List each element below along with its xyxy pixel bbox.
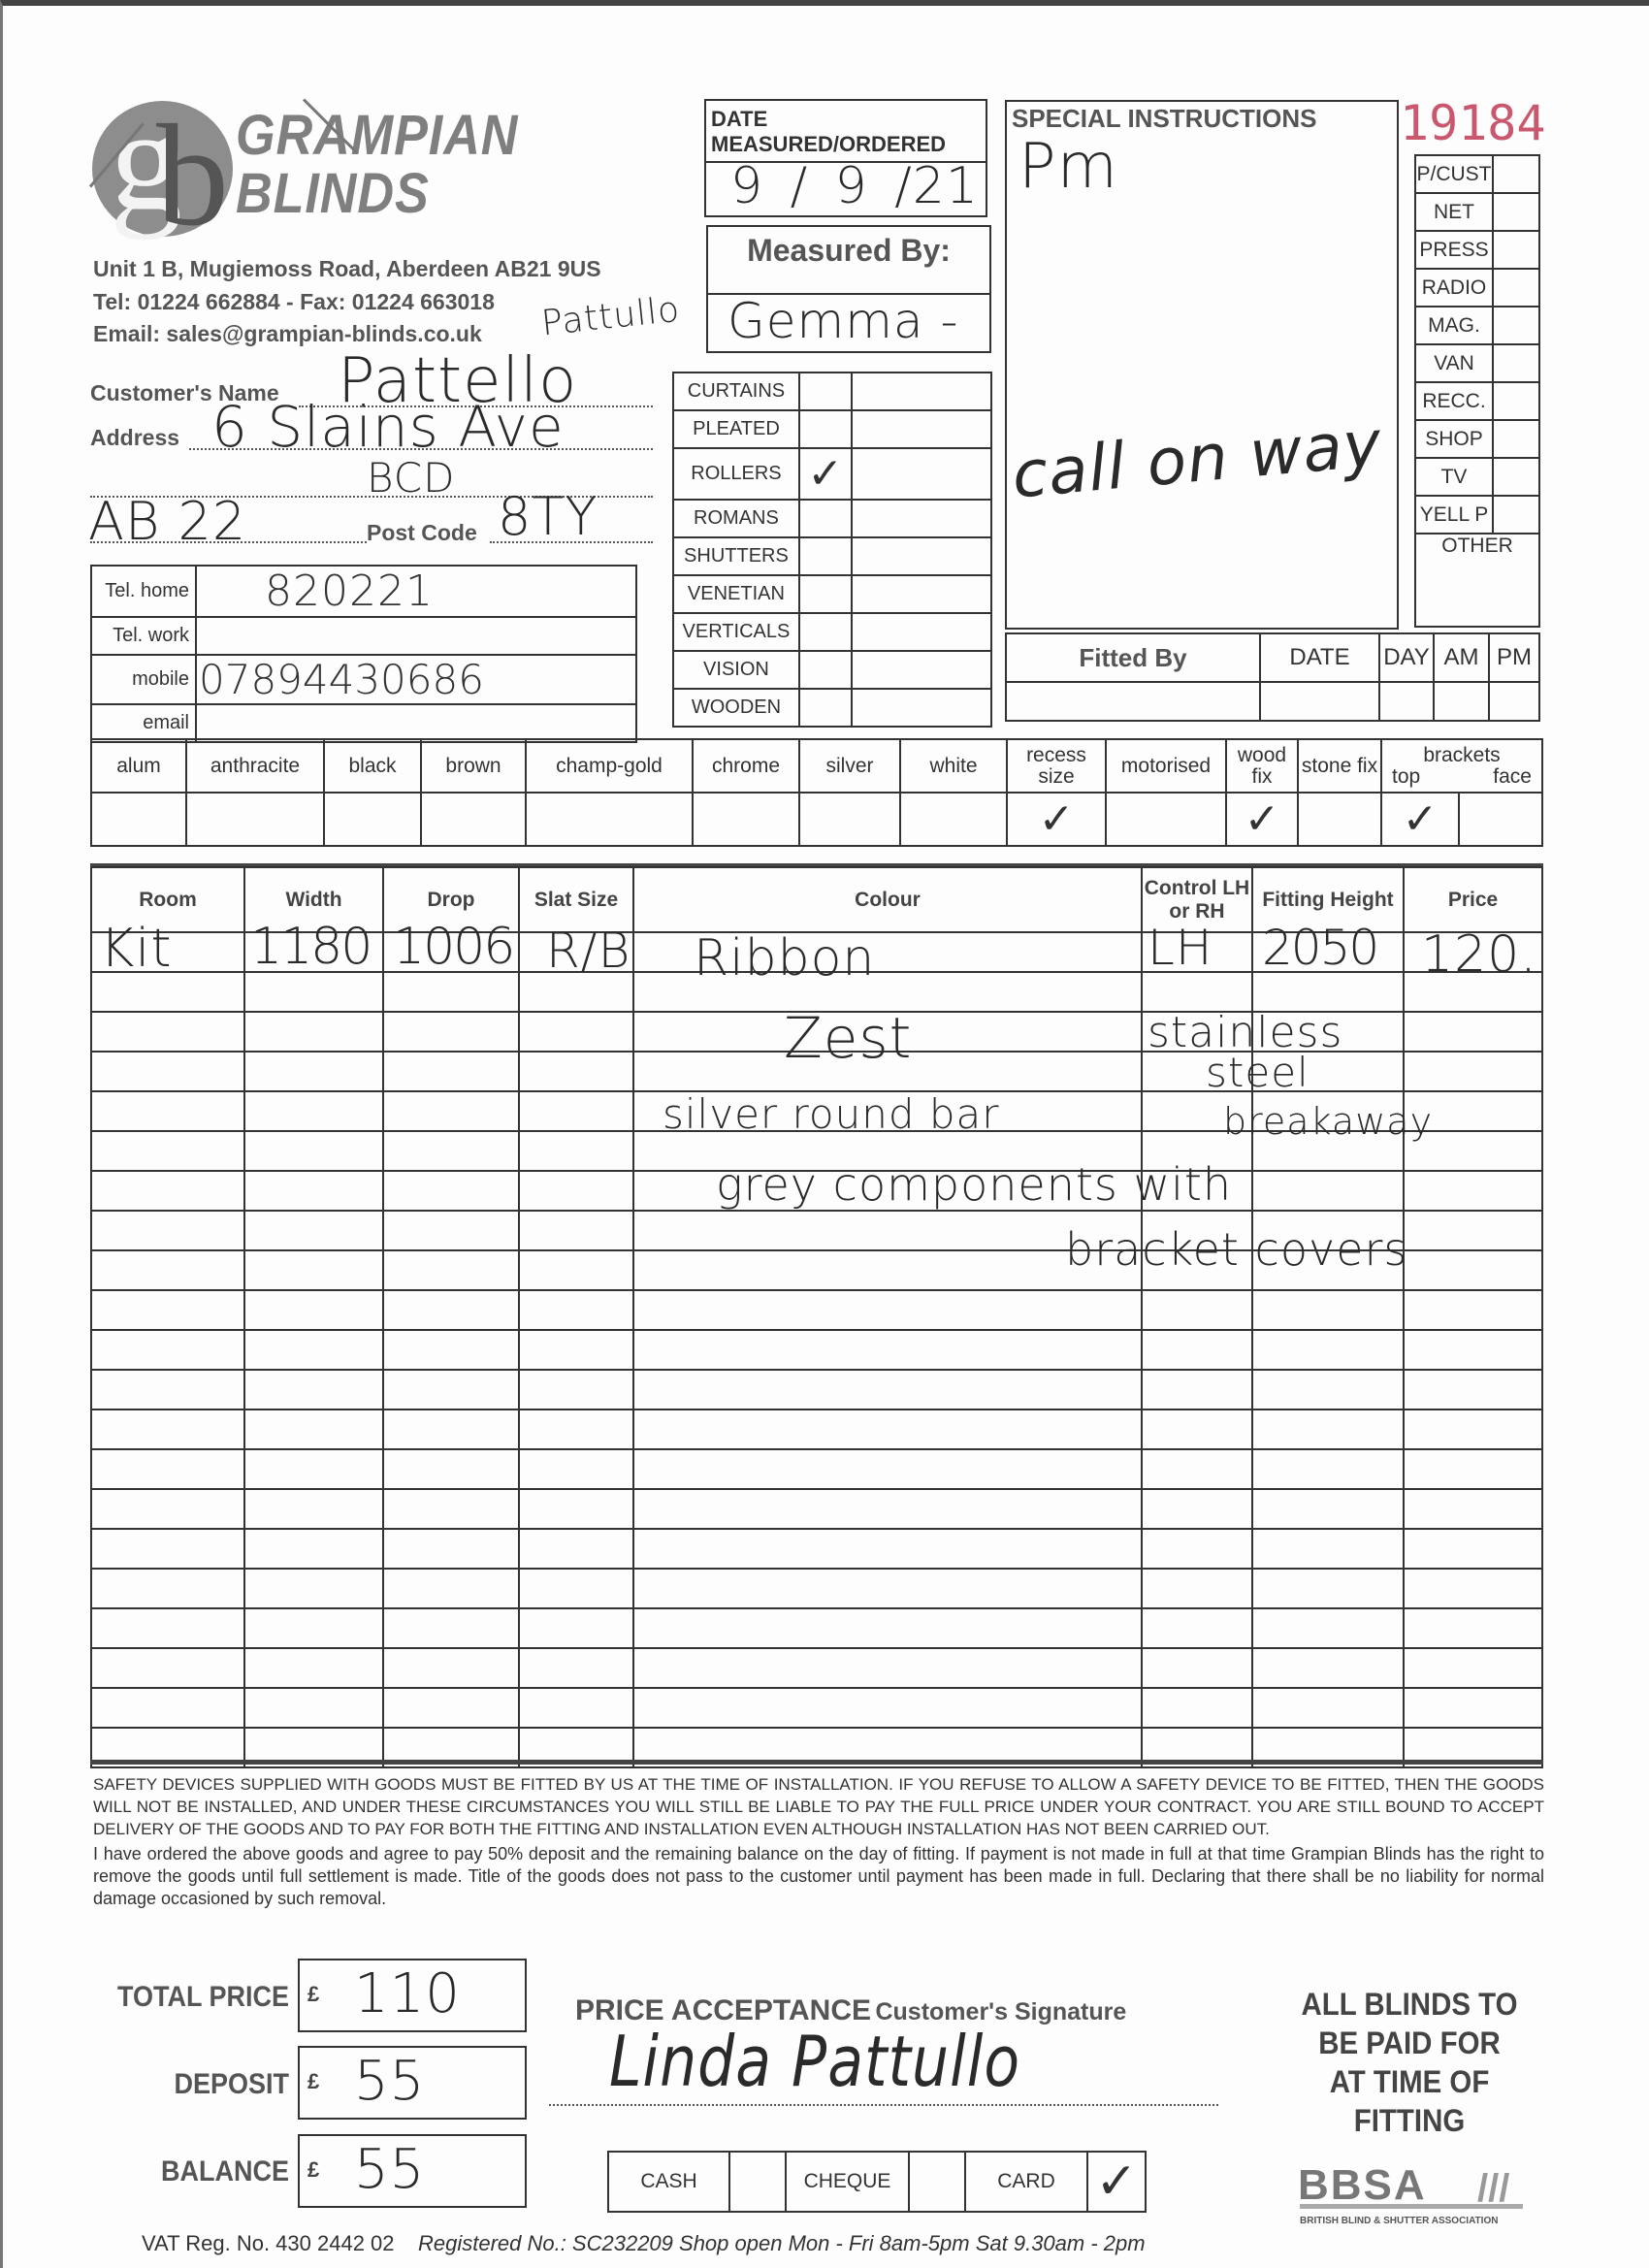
company-tel-fax: Tel: 01224 662884 - Fax: 01224 663018 bbox=[93, 289, 495, 315]
table-cell[interactable] bbox=[244, 1608, 383, 1648]
phone-row: email bbox=[91, 704, 636, 742]
customer-signature[interactable]: Linda Pattullo bbox=[609, 2022, 1020, 2103]
row1-fitting-height[interactable]: 2050 bbox=[1262, 920, 1377, 976]
source-checkbox[interactable] bbox=[1493, 269, 1539, 307]
logo-monogram-b: b bbox=[156, 103, 229, 248]
order-number: 19184 bbox=[1400, 95, 1546, 151]
table-cell[interactable] bbox=[244, 1052, 383, 1091]
table-cell[interactable] bbox=[244, 1449, 383, 1489]
source-checkbox[interactable] bbox=[1493, 231, 1539, 269]
measured-by-label: Measured By: bbox=[708, 233, 989, 269]
payment-method-table: CASH CHEQUE CARD ✓ bbox=[607, 2151, 1147, 2213]
table-cell[interactable] bbox=[1142, 1569, 1252, 1608]
colour-option-alum: alum bbox=[91, 739, 186, 793]
colour-checkbox[interactable] bbox=[421, 793, 526, 846]
recess-size-checkbox-checked[interactable]: ✓ bbox=[1007, 793, 1106, 846]
table-cell[interactable] bbox=[1252, 1688, 1404, 1728]
colour-option-anthracite: anthracite bbox=[186, 739, 324, 793]
table-cell[interactable] bbox=[1252, 972, 1404, 1012]
table-cell[interactable] bbox=[1142, 1449, 1252, 1489]
option-recess-size: recess size bbox=[1007, 739, 1106, 793]
row5-colour[interactable]: grey components with bbox=[716, 1158, 1232, 1211]
table-cell[interactable] bbox=[383, 1052, 519, 1091]
table-cell[interactable] bbox=[383, 1091, 519, 1131]
colour-checkbox[interactable] bbox=[526, 793, 693, 846]
table-cell[interactable] bbox=[1404, 1171, 1542, 1211]
table-cell[interactable] bbox=[1252, 1569, 1404, 1608]
source-checkbox[interactable] bbox=[1493, 344, 1539, 382]
source-checkbox[interactable] bbox=[1493, 155, 1539, 193]
fitted-by-input[interactable] bbox=[1006, 682, 1260, 721]
total-price-value[interactable]: 110 bbox=[354, 1962, 461, 2025]
table-cell[interactable] bbox=[1252, 1648, 1404, 1688]
colour-checkbox[interactable] bbox=[324, 793, 421, 846]
table-row bbox=[91, 1608, 1542, 1648]
table-cell[interactable] bbox=[244, 972, 383, 1012]
product-type-verticals: VERTICALS bbox=[673, 613, 799, 651]
contact-table: Tel. home 820221 Tel. work mobile 078944… bbox=[90, 565, 637, 743]
table-cell[interactable] bbox=[383, 1131, 519, 1171]
col-header-colour: Colour bbox=[633, 867, 1142, 932]
colour-checkbox[interactable] bbox=[91, 793, 186, 846]
fitted-date-input[interactable] bbox=[1260, 682, 1379, 721]
table-cell[interactable] bbox=[91, 1688, 244, 1728]
product-type-table: CURTAINS PLEATED ROLLERS✓ ROMANS SHUTTER… bbox=[672, 372, 992, 728]
table-row bbox=[91, 1449, 1542, 1489]
table-cell[interactable] bbox=[383, 1330, 519, 1370]
phone-row: Tel. home 820221 bbox=[91, 566, 636, 617]
table-cell[interactable] bbox=[519, 1052, 633, 1091]
pound-sign: £ bbox=[307, 2157, 319, 2183]
table-cell[interactable] bbox=[383, 1370, 519, 1409]
table-cell[interactable] bbox=[519, 1330, 633, 1370]
table-cell[interactable] bbox=[1252, 1449, 1404, 1489]
table-cell[interactable] bbox=[91, 1370, 244, 1409]
table-cell[interactable] bbox=[383, 1529, 519, 1569]
table-cell[interactable] bbox=[244, 1529, 383, 1569]
table-cell[interactable] bbox=[1404, 1211, 1542, 1250]
balance-value[interactable]: 55 bbox=[354, 2138, 425, 2201]
table-cell[interactable] bbox=[1142, 1688, 1252, 1728]
source-recc: RECC. bbox=[1415, 382, 1493, 420]
table-row bbox=[91, 1370, 1542, 1409]
table-cell[interactable] bbox=[91, 1052, 244, 1091]
table-cell[interactable] bbox=[1404, 1290, 1542, 1330]
table-cell[interactable] bbox=[91, 1648, 244, 1688]
company-email: Email: sales@grampian-blinds.co.uk bbox=[93, 321, 482, 347]
row2-colour[interactable]: Zest bbox=[784, 1005, 912, 1071]
phone-label: mobile bbox=[91, 655, 196, 704]
measured-by-value[interactable]: Gemma - bbox=[727, 293, 959, 349]
option-stone-fix: stone fix bbox=[1298, 739, 1381, 793]
table-cell[interactable] bbox=[1252, 1171, 1404, 1211]
check-icon: ✓ bbox=[1095, 2153, 1138, 2211]
options-table: alum anthracite black brown champ-gold c… bbox=[90, 738, 1543, 847]
row6-colour[interactable]: bracket covers bbox=[1065, 1223, 1407, 1276]
source-mag: MAG. bbox=[1415, 307, 1493, 344]
table-cell[interactable] bbox=[1142, 1330, 1252, 1370]
product-type-venetian: VENETIAN bbox=[673, 575, 799, 613]
table-cell[interactable] bbox=[383, 1608, 519, 1648]
option-wood-fix: wood fix bbox=[1226, 739, 1298, 793]
table-cell[interactable] bbox=[1404, 1409, 1542, 1449]
special-instructions-line2[interactable]: call on way bbox=[1009, 405, 1384, 512]
table-cell[interactable] bbox=[1404, 1648, 1542, 1688]
row1-colour[interactable]: Ribbon bbox=[694, 929, 875, 988]
payment-cheque-label: CHEQUE bbox=[786, 2152, 909, 2212]
brackets-top-checkbox-checked[interactable]: ✓ bbox=[1381, 793, 1459, 846]
table-cell[interactable] bbox=[91, 1409, 244, 1449]
table-cell[interactable] bbox=[1404, 1569, 1542, 1608]
deposit-box: £ 55 bbox=[298, 2046, 527, 2120]
fitted-pm-input[interactable] bbox=[1489, 682, 1539, 721]
colour-checkbox[interactable] bbox=[900, 793, 1007, 846]
table-cell[interactable] bbox=[1252, 1409, 1404, 1449]
postcode-label: Post Code bbox=[367, 520, 477, 546]
table-cell[interactable] bbox=[1404, 1370, 1542, 1409]
phone-work-value[interactable] bbox=[196, 617, 636, 655]
table-cell[interactable] bbox=[519, 1529, 633, 1569]
row1-room[interactable]: Kit bbox=[100, 918, 173, 979]
table-cell[interactable] bbox=[91, 1211, 244, 1250]
table-cell[interactable] bbox=[383, 1012, 519, 1052]
product-type-checkbox[interactable] bbox=[799, 689, 852, 727]
table-cell[interactable] bbox=[1404, 1529, 1542, 1569]
table-cell[interactable] bbox=[519, 1608, 633, 1648]
pound-sign: £ bbox=[307, 2069, 319, 2094]
customer-name-correction: Pattullo bbox=[539, 290, 682, 344]
special-instructions-box: SPECIAL INSTRUCTIONS Pm call on way bbox=[1005, 100, 1399, 630]
product-type-checkbox[interactable] bbox=[799, 575, 852, 613]
table-cell[interactable] bbox=[244, 1211, 383, 1250]
table-cell[interactable] bbox=[519, 1131, 633, 1171]
table-cell[interactable] bbox=[1142, 1290, 1252, 1330]
address-line1-value[interactable]: 6 Slains Ave bbox=[211, 394, 565, 460]
product-type-wooden: WOODEN bbox=[673, 689, 799, 727]
table-cell[interactable] bbox=[383, 1409, 519, 1449]
table-cell[interactable] bbox=[244, 1688, 383, 1728]
product-type-checkbox[interactable] bbox=[799, 500, 852, 537]
source-checkbox[interactable] bbox=[1493, 458, 1539, 496]
source-net: NET bbox=[1415, 193, 1493, 231]
row1-drop[interactable]: 1006 bbox=[393, 918, 513, 976]
footer: VAT Reg. No. 430 2442 02 Registered No.:… bbox=[142, 2231, 1146, 2256]
table-cell[interactable] bbox=[1404, 1608, 1542, 1648]
wood-fix-checkbox-checked[interactable]: ✓ bbox=[1226, 793, 1298, 846]
table-cell[interactable] bbox=[519, 1012, 633, 1052]
table-cell[interactable] bbox=[244, 1330, 383, 1370]
check-icon: ✓ bbox=[807, 449, 843, 499]
table-cell[interactable] bbox=[383, 1211, 519, 1250]
table-cell[interactable] bbox=[1142, 1370, 1252, 1409]
table-cell[interactable] bbox=[244, 1290, 383, 1330]
table-cell[interactable] bbox=[383, 1688, 519, 1728]
deposit-label: DEPOSIT bbox=[106, 2068, 289, 2101]
table-cell[interactable] bbox=[519, 1211, 633, 1250]
table-row bbox=[91, 1290, 1542, 1330]
payment-card-checkbox-checked[interactable]: ✓ bbox=[1087, 2152, 1146, 2212]
table-cell[interactable] bbox=[244, 1250, 383, 1290]
date-label-line2: MEASURED/ORDERED bbox=[711, 132, 946, 157]
payment-cash-checkbox[interactable] bbox=[729, 2152, 786, 2212]
registered-and-hours: Registered No.: SC232209 Shop open Mon -… bbox=[418, 2231, 1146, 2255]
table-cell[interactable] bbox=[633, 1370, 1142, 1409]
row1-control[interactable]: LH bbox=[1148, 920, 1212, 976]
table-cell[interactable] bbox=[1404, 1449, 1542, 1489]
product-type-checkbox[interactable] bbox=[799, 651, 852, 689]
table-cell[interactable] bbox=[244, 1012, 383, 1052]
table-row bbox=[91, 1648, 1542, 1688]
fitted-pm-label: PM bbox=[1489, 633, 1539, 682]
table-cell[interactable] bbox=[383, 1171, 519, 1211]
payment-cheque-checkbox[interactable] bbox=[909, 2152, 965, 2212]
table-cell[interactable] bbox=[91, 1171, 244, 1211]
fitted-day-input[interactable] bbox=[1379, 682, 1434, 721]
table-cell[interactable] bbox=[1142, 1608, 1252, 1648]
table-cell[interactable] bbox=[383, 1569, 519, 1608]
table-cell[interactable] bbox=[1142, 1409, 1252, 1449]
table-cell[interactable] bbox=[244, 1489, 383, 1529]
product-type-checkbox[interactable] bbox=[799, 373, 852, 410]
company-address: Unit 1 B, Mugiemoss Road, Aberdeen AB21 … bbox=[93, 256, 601, 282]
fitted-date-label: DATE bbox=[1260, 633, 1379, 682]
colour-option-champ-gold: champ-gold bbox=[526, 739, 693, 793]
table-cell[interactable] bbox=[91, 1489, 244, 1529]
date-label-line1: DATE bbox=[711, 107, 946, 132]
brand-name-line2: BLINDS bbox=[236, 161, 430, 226]
source-checkbox[interactable] bbox=[1493, 382, 1539, 420]
email-value[interactable] bbox=[196, 704, 636, 742]
table-cell[interactable] bbox=[91, 1449, 244, 1489]
source-other[interactable]: OTHER bbox=[1415, 534, 1539, 627]
check-icon: ✓ bbox=[1039, 794, 1075, 844]
option-brackets-top: top bbox=[1392, 766, 1420, 788]
table-cell[interactable] bbox=[1404, 1330, 1542, 1370]
source-shop: SHOP bbox=[1415, 420, 1493, 458]
table-cell[interactable] bbox=[1404, 1250, 1542, 1290]
table-row bbox=[91, 1529, 1542, 1569]
table-cell[interactable] bbox=[1142, 972, 1252, 1012]
colour-option-white: white bbox=[900, 739, 1007, 793]
phone-row: mobile 07894430686 bbox=[91, 655, 636, 704]
bbsa-subtitle: BRITISH BLIND & SHUTTER ASSOCIATION bbox=[1300, 2216, 1498, 2226]
colour-checkbox[interactable] bbox=[693, 793, 799, 846]
table-row bbox=[91, 1409, 1542, 1449]
table-cell[interactable] bbox=[1252, 1290, 1404, 1330]
stone-fix-checkbox[interactable] bbox=[1298, 793, 1381, 846]
table-cell[interactable] bbox=[1252, 1608, 1404, 1648]
table-cell[interactable] bbox=[519, 1171, 633, 1211]
colour-option-brown: brown bbox=[421, 739, 526, 793]
table-cell[interactable] bbox=[633, 1569, 1142, 1608]
table-cell[interactable] bbox=[633, 1290, 1142, 1330]
address-line2-value[interactable]: BCD bbox=[367, 454, 455, 502]
deposit-value[interactable]: 55 bbox=[354, 2050, 425, 2113]
product-type-checkbox[interactable] bbox=[799, 410, 852, 448]
table-cell[interactable] bbox=[1404, 1688, 1542, 1728]
fitted-am-input[interactable] bbox=[1434, 682, 1489, 721]
source-tv: TV bbox=[1415, 458, 1493, 496]
payment-notice: ALL BLINDS TO BE PAID FOR AT TIME OF FIT… bbox=[1276, 1985, 1543, 2140]
fitted-by-table: Fitted By DATE DAY AM PM bbox=[1005, 632, 1540, 722]
table-cell[interactable] bbox=[383, 1250, 519, 1290]
table-cell[interactable] bbox=[91, 1131, 244, 1171]
phone-label: Tel. work bbox=[91, 617, 196, 655]
product-type-checkbox[interactable] bbox=[799, 613, 852, 651]
payment-card-label: CARD bbox=[965, 2152, 1087, 2212]
payment-agreement: I have ordered the above goods and agree… bbox=[93, 1843, 1544, 1910]
bbsa-bar bbox=[1300, 2204, 1523, 2209]
table-cell[interactable] bbox=[1252, 1330, 1404, 1370]
terms-text: SAFETY DEVICES SUPPLIED WITH GOODS MUST … bbox=[93, 1773, 1544, 1913]
order-items-table: Room Width Drop Slat Size Colour Control… bbox=[90, 866, 1543, 1768]
signature-line bbox=[549, 2104, 1218, 2106]
table-cell[interactable] bbox=[633, 1330, 1142, 1370]
table-cell[interactable] bbox=[633, 1688, 1142, 1728]
table-cell[interactable] bbox=[519, 1091, 633, 1131]
table-row bbox=[91, 1569, 1542, 1608]
table-cell[interactable] bbox=[244, 1569, 383, 1608]
table-cell[interactable] bbox=[1142, 1529, 1252, 1569]
table-cell[interactable] bbox=[244, 1171, 383, 1211]
product-type-rollers: ROLLERS bbox=[673, 448, 799, 500]
table-row bbox=[91, 1330, 1542, 1370]
table-cell[interactable] bbox=[91, 1012, 244, 1052]
table-cell[interactable] bbox=[91, 1091, 244, 1131]
special-instructions-line1[interactable]: Pm bbox=[1018, 131, 1118, 203]
product-type-checkbox[interactable] bbox=[799, 537, 852, 575]
source-pcust: P/CUST bbox=[1415, 155, 1493, 193]
source-checkbox[interactable] bbox=[1493, 496, 1539, 534]
source-checkbox[interactable] bbox=[1493, 193, 1539, 231]
table-cell[interactable] bbox=[383, 1449, 519, 1489]
source-press: PRESS bbox=[1415, 231, 1493, 269]
colour-option-silver: silver bbox=[799, 739, 900, 793]
table-cell[interactable] bbox=[519, 1688, 633, 1728]
table-cell[interactable] bbox=[244, 1648, 383, 1688]
fitted-am-label: AM bbox=[1434, 633, 1489, 682]
motorised-checkbox[interactable] bbox=[1106, 793, 1226, 846]
table-cell[interactable] bbox=[519, 1370, 633, 1409]
table-cell[interactable] bbox=[519, 1489, 633, 1529]
table-cell[interactable] bbox=[519, 1569, 633, 1608]
check-icon: ✓ bbox=[1403, 794, 1439, 844]
source-van: VAN bbox=[1415, 344, 1493, 382]
table-cell[interactable] bbox=[244, 1091, 383, 1131]
table-cell[interactable] bbox=[633, 1449, 1142, 1489]
address-label: Address bbox=[90, 425, 179, 451]
row4-control[interactable]: breakaway bbox=[1223, 1100, 1433, 1143]
date-value[interactable]: 9 / 9 /21 bbox=[730, 157, 979, 215]
brackets-face-checkbox[interactable] bbox=[1459, 793, 1542, 846]
table-cell[interactable] bbox=[1252, 1489, 1404, 1529]
table-cell[interactable] bbox=[244, 1370, 383, 1409]
colour-checkbox[interactable] bbox=[186, 793, 324, 846]
table-cell[interactable] bbox=[519, 1250, 633, 1290]
row4-colour[interactable]: silver round bar bbox=[663, 1090, 1000, 1138]
table-cell[interactable] bbox=[1252, 1370, 1404, 1409]
table-cell[interactable] bbox=[91, 1529, 244, 1569]
product-type-romans: ROMANS bbox=[673, 500, 799, 537]
source-table: P/CUST NET PRESS RADIO MAG. VAN RECC. SH… bbox=[1414, 154, 1540, 628]
table-cell[interactable] bbox=[383, 1648, 519, 1688]
table-cell[interactable] bbox=[633, 1489, 1142, 1529]
table-cell[interactable] bbox=[633, 1608, 1142, 1648]
table-cell[interactable] bbox=[519, 1648, 633, 1688]
colour-option-chrome: chrome bbox=[693, 739, 799, 793]
table-cell[interactable] bbox=[633, 1409, 1142, 1449]
fitted-by-label: Fitted By bbox=[1006, 633, 1260, 682]
special-instructions-label: SPECIAL INSTRUCTIONS bbox=[1012, 104, 1316, 134]
check-icon: ✓ bbox=[1245, 794, 1280, 844]
table-cell[interactable] bbox=[1252, 1529, 1404, 1569]
table-cell[interactable] bbox=[1142, 1489, 1252, 1529]
measured-by-box: Measured By: Gemma - bbox=[706, 225, 991, 353]
rollers-checkbox-checked[interactable]: ✓ bbox=[799, 448, 852, 500]
phone-home-value[interactable]: 820221 bbox=[196, 566, 636, 617]
table-cell[interactable] bbox=[1404, 1489, 1542, 1529]
table-bottom-rule bbox=[90, 1760, 1543, 1765]
postcode-value[interactable]: 8TY bbox=[498, 486, 598, 547]
option-motorised: motorised bbox=[1106, 739, 1226, 793]
table-cell[interactable] bbox=[91, 1569, 244, 1608]
source-checkbox[interactable] bbox=[1493, 307, 1539, 344]
phone-row: Tel. work bbox=[91, 617, 636, 655]
postcode-area-line bbox=[90, 541, 367, 543]
option-brackets: brackets top face bbox=[1381, 739, 1542, 793]
product-type-vision: VISION bbox=[673, 651, 799, 689]
table-row bbox=[91, 1688, 1542, 1728]
table-cell[interactable] bbox=[633, 1648, 1142, 1688]
vat-number: VAT Reg. No. 430 2442 02 bbox=[142, 2231, 395, 2255]
table-cell[interactable] bbox=[383, 972, 519, 1012]
date-box: DATE MEASURED/ORDERED 9 / 9 /21 bbox=[704, 99, 987, 217]
table-cell[interactable] bbox=[91, 1330, 244, 1370]
row1-slat[interactable]: R/B bbox=[546, 923, 630, 979]
table-cell[interactable] bbox=[91, 1250, 244, 1290]
total-price-label: TOTAL PRICE bbox=[106, 1981, 289, 2014]
table-cell[interactable] bbox=[519, 1449, 633, 1489]
table-cell[interactable] bbox=[633, 1529, 1142, 1569]
table-cell[interactable] bbox=[519, 1409, 633, 1449]
fitted-day-label: DAY bbox=[1379, 633, 1434, 682]
row3-control[interactable]: steel bbox=[1206, 1049, 1309, 1096]
table-cell[interactable] bbox=[383, 1489, 519, 1529]
phone-mobile-value[interactable]: 07894430686 bbox=[196, 655, 636, 704]
product-type-curtains: CURTAINS bbox=[673, 373, 799, 410]
source-checkbox[interactable] bbox=[1493, 420, 1539, 458]
table-cell[interactable] bbox=[1142, 1648, 1252, 1688]
table-cell[interactable] bbox=[91, 1290, 244, 1330]
option-brackets-face: face bbox=[1493, 766, 1532, 788]
payment-cash-label: CASH bbox=[608, 2152, 729, 2212]
source-yellp: YELL P bbox=[1415, 496, 1493, 534]
table-cell[interactable] bbox=[383, 1290, 519, 1330]
table-cell[interactable] bbox=[519, 1290, 633, 1330]
table-cell[interactable] bbox=[244, 1409, 383, 1449]
phone-label: Tel. home bbox=[91, 566, 196, 617]
table-cell[interactable] bbox=[244, 1131, 383, 1171]
colour-option-black: black bbox=[324, 739, 421, 793]
colour-checkbox[interactable] bbox=[799, 793, 900, 846]
balance-label: BALANCE bbox=[106, 2155, 289, 2188]
col-header-price: Price bbox=[1404, 867, 1542, 932]
table-cell[interactable] bbox=[1404, 1052, 1542, 1091]
row1-width[interactable]: 1180 bbox=[250, 918, 371, 976]
table-cell[interactable] bbox=[91, 1608, 244, 1648]
table-cell[interactable] bbox=[1404, 1012, 1542, 1052]
row1-price[interactable]: 120. bbox=[1421, 925, 1537, 984]
